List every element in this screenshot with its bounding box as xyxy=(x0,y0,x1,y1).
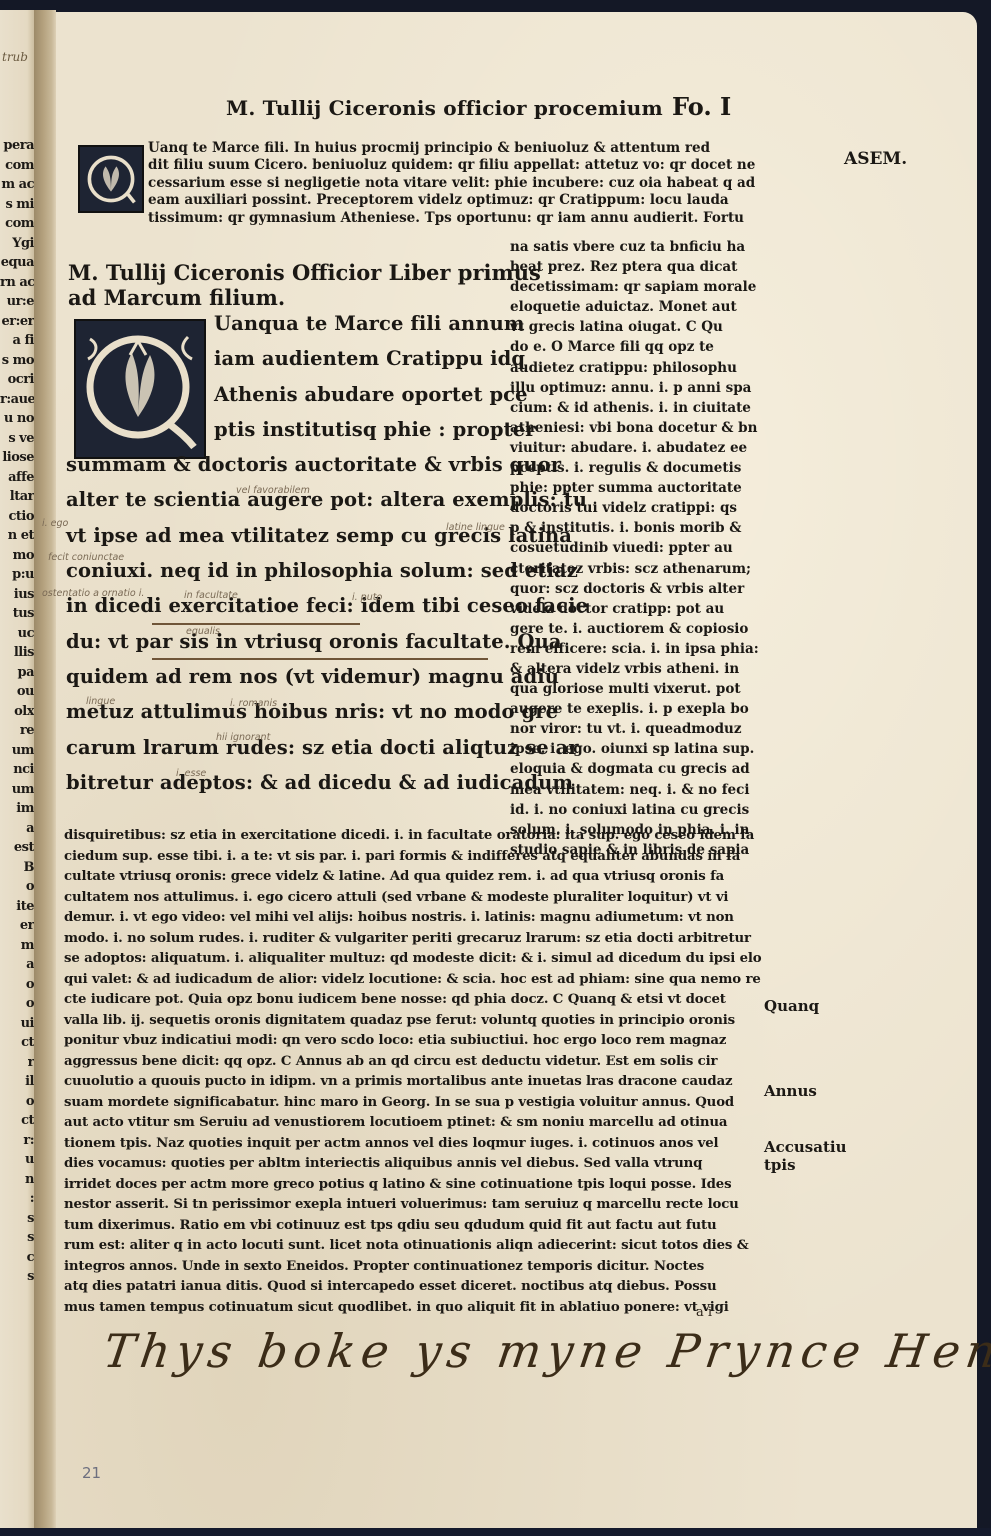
previous-page-fragment: s xyxy=(0,1209,34,1229)
previous-page-fragment: c xyxy=(0,1248,34,1268)
previous-page-fragment: um xyxy=(0,780,34,800)
ms-gloss: i. esse xyxy=(176,768,206,779)
gloss-line: pceptis. i. regulis & documetis xyxy=(510,458,759,478)
previous-page-text-column: peracomm acs micomYgiequarn acur:eer:era… xyxy=(0,136,34,1287)
commentary-line: integros annos. Unde in sexto Eneidos. P… xyxy=(64,1257,762,1278)
ms-gloss: in facultate xyxy=(184,590,238,601)
running-title: M. Tullij Ciceronis officior procemium xyxy=(226,96,663,120)
gloss-line: qua gloriose multi vixerut. pot xyxy=(510,679,759,699)
previous-page-fragment: ite xyxy=(0,897,34,917)
book-title: M. Tullij Ciceronis Officior Liber primu… xyxy=(68,260,541,310)
previous-page-fragment: um xyxy=(0,741,34,761)
gloss-line: decetissimam: qr sapiam morale xyxy=(510,277,759,297)
previous-page-fragment: ocri xyxy=(0,370,34,390)
proem-line: dit filiu suum Cicero. beniuoluz quidem:… xyxy=(148,157,828,174)
previous-page-fragment: Ygi xyxy=(0,234,34,254)
gloss-line: cium: & id athenis. i. in ciuitate xyxy=(510,398,759,418)
ownership-inscription: Thys boke ys myne Prynce Henry xyxy=(100,1324,991,1378)
commentary-line: disquiretibus: sz etia in exercitatione … xyxy=(64,826,762,847)
floral-ornament-icon xyxy=(84,151,138,207)
gloss-line: phie: ppter summa auctoritate xyxy=(510,478,759,498)
previous-page-fragment: er xyxy=(0,916,34,936)
previous-page-fragment: llis xyxy=(0,643,34,663)
previous-page-fragment: o xyxy=(0,975,34,995)
previous-page-fragment: s xyxy=(0,1228,34,1248)
previous-page-fragment: a fi xyxy=(0,331,34,351)
previous-page-fragment: ct xyxy=(0,1033,34,1053)
previous-page-fragment: equa xyxy=(0,253,34,273)
previous-page-fragment: s xyxy=(0,1267,34,1287)
previous-page-fragment: p:u xyxy=(0,565,34,585)
pencil-folio-number: 21 xyxy=(82,1464,101,1482)
gloss-line: illu optimuz: annu. i. p anni spa xyxy=(510,378,759,398)
signature-mark: a i xyxy=(696,1305,712,1320)
folio-number: Fo. I xyxy=(672,92,731,121)
previous-page-fragment: ur:e xyxy=(0,292,34,312)
margin-note-annus: Annus xyxy=(764,1082,817,1100)
proem-line: cessarium esse si negligetie nota vitare… xyxy=(148,175,828,192)
commentary-line: qui valet: & ad iudicadum de alior: vide… xyxy=(64,970,762,991)
commentary-line: cultate vtriusq oronis: grece videlz & l… xyxy=(64,867,762,888)
ms-gloss: i. ego xyxy=(42,518,68,529)
gloss-line: eloquia & dogmata cu grecis ad xyxy=(510,759,759,779)
previous-page-fragment: affe xyxy=(0,468,34,488)
commentary-line: ciedum sup. esse tibi. i. a te: vt sis p… xyxy=(64,847,762,868)
ms-underline xyxy=(152,658,488,660)
folio-page: M. Tullij Ciceronis officior procemium F… xyxy=(56,12,977,1532)
commentary-line: mus tamen tempus cotinuatum sicut quodli… xyxy=(64,1298,762,1319)
binding-gutter-shadow xyxy=(34,10,56,1530)
commentary-line: cuuolutio a quouis pucto in idipm. vn a … xyxy=(64,1072,762,1093)
commentary-line: modo. i. no solum rudes. i. ruditer & vu… xyxy=(64,929,762,950)
margin-note-accusatiu: Accusatiu xyxy=(764,1138,847,1156)
commentary-line: se adoptos: aliquatum. i. aliqualiter mu… xyxy=(64,949,762,970)
previous-page-fragment: o xyxy=(0,877,34,897)
gloss-line: viuitur: abudare. i. abudatez ee xyxy=(510,438,759,458)
previous-page-fragment: er:er xyxy=(0,312,34,332)
previous-page-fragment: ctio xyxy=(0,507,34,527)
gloss-line: na satis vbere cuz ta bnficiu ha xyxy=(510,237,759,257)
margin-note-quanq: Quanq xyxy=(764,997,819,1015)
proem-line: Uanq te Marce fili. In huius procmij pri… xyxy=(148,140,828,157)
previous-page-fragment: a xyxy=(0,955,34,975)
previous-page-fragment: pera xyxy=(0,136,34,156)
proem-commentary: Uanq te Marce fili. In huius procmij pri… xyxy=(148,140,828,227)
previous-page-fragment: m ac xyxy=(0,175,34,195)
book-title-line: M. Tullij Ciceronis Officior Liber primu… xyxy=(68,260,541,285)
proem-line: eam auxiliari possint. Preceptorem videl… xyxy=(148,192,828,209)
previous-page-fragment: n xyxy=(0,1170,34,1190)
previous-page-fragment: liose xyxy=(0,448,34,468)
gloss-line: augere te exeplis. i. p exepla bo xyxy=(510,699,759,719)
previous-page-fragment: s mi xyxy=(0,195,34,215)
previous-page-fragment: mo xyxy=(0,546,34,566)
previous-page-fragment: o xyxy=(0,1092,34,1112)
background-edge xyxy=(0,1528,991,1536)
commentary-line: dies vocamus: quoties per abltm interiec… xyxy=(64,1154,762,1175)
commentary-line: aut acto vtitur sm Seruiu ad venustiorem… xyxy=(64,1113,762,1134)
previous-page-fragment: B xyxy=(0,858,34,878)
previous-page-fragment: r: xyxy=(0,1131,34,1151)
commentary-line: ponitur vbuz indicatiui modi: qn vero sc… xyxy=(64,1031,762,1052)
gloss-line: atheniesi: vbi bona docetur & bn xyxy=(510,418,759,438)
decorated-initial-proem xyxy=(78,145,144,213)
gloss-line: nor viror: tu vt. i. queadmoduz xyxy=(510,719,759,739)
gloss-line: rem efficere: scia. i. in ipsa phia: xyxy=(510,639,759,659)
previous-page-fragment: il xyxy=(0,1072,34,1092)
commentary-line: cte iudicare pot. Quia opz bonu iudicem … xyxy=(64,990,762,1011)
previous-page-fragment: ius xyxy=(0,585,34,605)
gloss-line: do e. O Marce fili qq opz te xyxy=(510,337,759,357)
gloss-column: na satis vbere cuz ta bnficiu habeat pre… xyxy=(510,237,759,860)
commentary-line: irridet doces per actm more greco potius… xyxy=(64,1175,762,1196)
commentary-line: atq dies patatri ianua ditis. Quod si in… xyxy=(64,1277,762,1298)
previous-page-fragment: re xyxy=(0,721,34,741)
previous-page-fragment: uc xyxy=(0,624,34,644)
previous-page-fragment: ct xyxy=(0,1111,34,1131)
commentary-line: nestor asserit. Si tn perissimor exepla … xyxy=(64,1195,762,1216)
previous-page-fragment: u xyxy=(0,1150,34,1170)
gloss-line: videlz doctor cratipp: pot au xyxy=(510,599,759,619)
previous-page-fragment: s mo xyxy=(0,351,34,371)
commentary-block: disquiretibus: sz etia in exercitatione … xyxy=(64,826,762,1318)
gloss-line: doctoris tui videlz cratippi: qs xyxy=(510,498,759,518)
commentary-line: tum dixerimus. Ratio em vbi cotinuuz est… xyxy=(64,1216,762,1237)
gloss-line: & altera videlz vrbis atheni. in xyxy=(510,659,759,679)
gloss-line: p & institutis. i. bonis morib & xyxy=(510,518,759,538)
side-note-asem: ASEM. xyxy=(844,149,907,169)
previous-page-fragment: r xyxy=(0,1053,34,1073)
proem-line: tissimum: qr gymnasium Atheniese. Tps op… xyxy=(148,210,828,227)
previous-page-fragment: m xyxy=(0,936,34,956)
previous-page-fragment: com xyxy=(0,156,34,176)
previous-page-fragment: a xyxy=(0,819,34,839)
commentary-line: tionem tpis. Naz quoties inquit per actm… xyxy=(64,1134,762,1155)
previous-page-fragment: o xyxy=(0,994,34,1014)
previous-page-fragment: ui xyxy=(0,1014,34,1034)
ms-gloss: equalis xyxy=(186,626,220,637)
previous-page-fragment: r:aue xyxy=(0,390,34,410)
gloss-line: ctoritatez vrbis: scz athenarum; xyxy=(510,559,759,579)
gloss-line: audietez cratippu: philosophu xyxy=(510,358,759,378)
previous-page-fragment: nci xyxy=(0,760,34,780)
previous-page-edge: trub peracomm acs micomYgiequarn acur:ee… xyxy=(0,10,34,1530)
ms-gloss: fecit coniunctae xyxy=(48,552,124,563)
previous-page-fragment: ou xyxy=(0,682,34,702)
previous-page-fragment: u no xyxy=(0,409,34,429)
commentary-line: cultatem nos attulimus. i. ego cicero at… xyxy=(64,888,762,909)
commentary-line: valla lib. ij. sequetis oronis dignitate… xyxy=(64,1011,762,1032)
gloss-line: vt grecis latina oiugat. C Qu xyxy=(510,317,759,337)
commentary-line: aggressus bene dicit: qq opz. C Annus ab… xyxy=(64,1052,762,1073)
ms-gloss: ostentatio a ornatio i. xyxy=(42,588,144,599)
commentary-line: rum est: aliter q in acto locuti sunt. l… xyxy=(64,1236,762,1257)
ms-gloss: i. romanis xyxy=(230,698,277,709)
previous-page-fragment: tus xyxy=(0,604,34,624)
ms-gloss: latine lingue xyxy=(446,522,505,533)
gloss-line: quor: scz doctoris & vrbis alter xyxy=(510,579,759,599)
previous-page-fragment: n et xyxy=(0,526,34,546)
gloss-line: beat prez. Rez ptera qua dicat xyxy=(510,257,759,277)
previous-page-fragment: im xyxy=(0,799,34,819)
previous-page-fragment: pa xyxy=(0,663,34,683)
ms-gloss: i. puto xyxy=(352,592,382,603)
gloss-line: mea vtilitatem: neq. i. & no feci xyxy=(510,780,759,800)
ms-gloss: vel favorabilem xyxy=(236,485,310,496)
gloss-line: id. i. no coniuxi latina cu grecis xyxy=(510,800,759,820)
previous-page-fragment: olx xyxy=(0,702,34,722)
previous-page-ms-note: trub xyxy=(2,50,28,64)
gloss-line: eloquetie aduictaz. Monet aut xyxy=(510,297,759,317)
previous-page-fragment: s ve xyxy=(0,429,34,449)
ms-underline xyxy=(152,623,360,625)
previous-page-fragment: : xyxy=(0,1189,34,1209)
ms-gloss: lingue xyxy=(86,696,115,707)
gloss-line: ipse. i. ego. oiunxi sp latina sup. xyxy=(510,739,759,759)
previous-page-fragment: ltar xyxy=(0,487,34,507)
margin-note-tpis: tpis xyxy=(764,1156,796,1174)
gloss-line: cosuetudinib viuedi: ppter au xyxy=(510,538,759,558)
previous-page-fragment: rn ac xyxy=(0,273,34,293)
gloss-line: gere te. i. auctiorem & copiosio xyxy=(510,619,759,639)
commentary-line: demur. i. vt ego video: vel mihi vel ali… xyxy=(64,908,762,929)
previous-page-fragment: com xyxy=(0,214,34,234)
commentary-line: suam mordete significabatur. hinc maro i… xyxy=(64,1093,762,1114)
previous-page-fragment: est xyxy=(0,838,34,858)
ms-gloss: hii ignorant xyxy=(216,732,270,743)
